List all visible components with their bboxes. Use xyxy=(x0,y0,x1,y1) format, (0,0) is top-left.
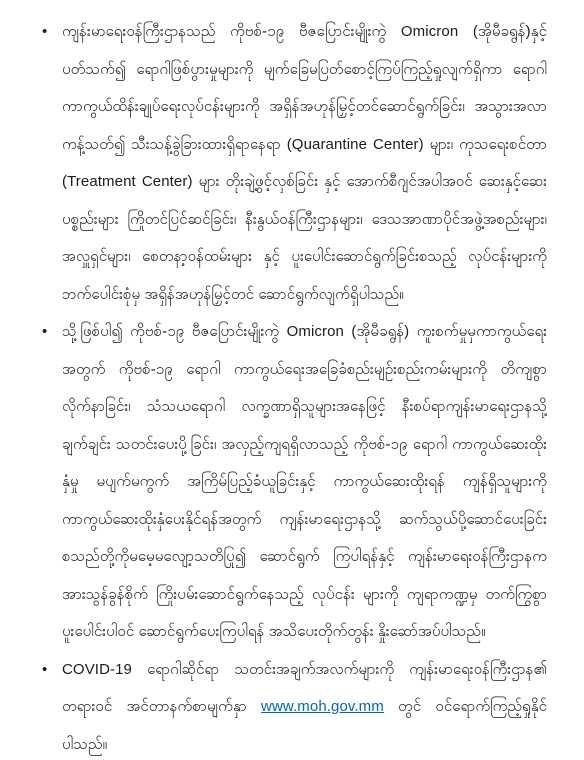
document-page: • ကျန်းမာရေးဝန်ကြီးဌာနသည် ကိုဗစ်-၁၉ ဗီဇပ… xyxy=(0,0,584,760)
bullet-icon: • xyxy=(42,651,47,689)
bullet-list: • ကျန်းမာရေးဝန်ကြီးဌာနသည် ကိုဗစ်-၁၉ ဗီဇပ… xyxy=(40,13,547,760)
paragraph-text: သို့ဖြစ်ပါ၍ ကိုဗစ်-၁၉ ဗီဇပြောင်းမျိုးကွဲ… xyxy=(62,323,547,640)
bullet-icon: • xyxy=(42,13,47,51)
moh-website-link[interactable]: www.moh.gov.mm xyxy=(261,698,384,715)
list-item: • COVID-19 ရောဂါဆိုင်ရာ သတင်းအချက်အလက်မျ… xyxy=(40,651,547,760)
list-item: • သို့ဖြစ်ပါ၍ ကိုဗစ်-၁၉ ဗီဇပြောင်းမျိုးက… xyxy=(40,313,547,651)
bullet-icon: • xyxy=(42,313,47,351)
paragraph-text: ကျန်းမာရေးဝန်ကြီးဌာနသည် ကိုဗစ်-၁၉ ဗီဇပြေ… xyxy=(62,23,547,303)
list-item: • ကျန်းမာရေးဝန်ကြီးဌာနသည် ကိုဗစ်-၁၉ ဗီဇပ… xyxy=(40,13,547,313)
